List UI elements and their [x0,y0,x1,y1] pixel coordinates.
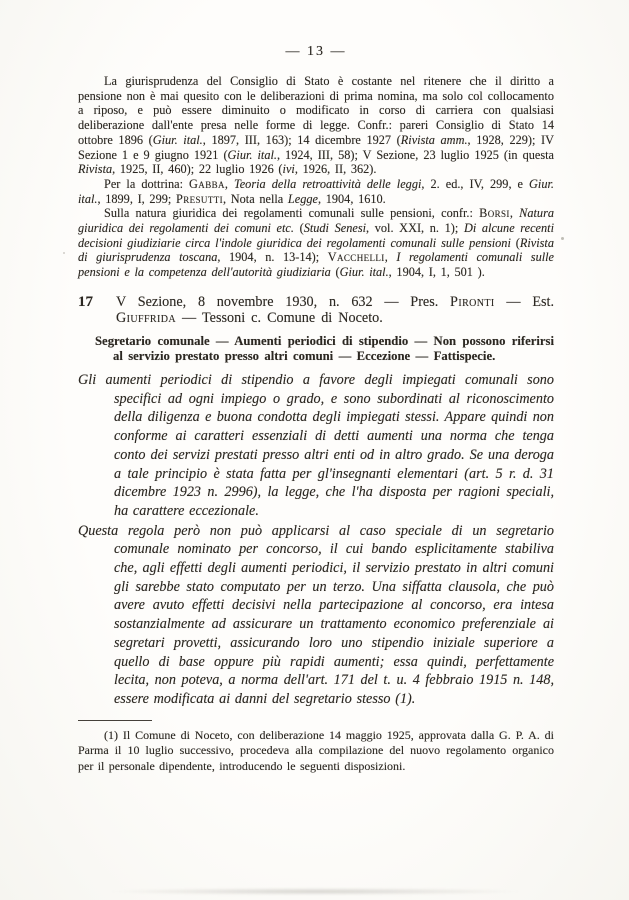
scanned-book-page: — 13 — La giurisprudenza del Consiglio d… [0,0,629,900]
jurisprudence-note: La giurisprudenza del Consiglio di Stato… [78,74,554,280]
decision-body-paragraph: Questa regola però non può applicarsi al… [78,522,554,709]
scan-speck [561,237,564,240]
note-paragraph: La giurisprudenza del Consiglio di Stato… [78,74,554,177]
decision-heading-text: V Sezione, 8 novembre 1930, n. 632 — Pre… [116,294,554,327]
page-content: — 13 — La giurisprudenza del Consiglio d… [78,44,554,774]
scan-speck [63,252,65,254]
decision-body-paragraph: Gli aumenti periodici di stipendio a fav… [78,371,554,521]
decision-body: Gli aumenti periodici di stipendio a fav… [78,371,554,709]
note-paragraph: Per la dottrina: Gabba, Teoria della ret… [78,177,554,206]
footnote: (1) Il Comune di Noceto, con deliberazio… [78,728,554,774]
footnote-rule [78,720,152,721]
page-number: — 13 — [78,44,554,60]
note-paragraph: Sulla natura giuridica dei regolamenti c… [78,206,554,280]
decision-number: 17 [78,294,93,311]
decision-headnote: Segretario comunale — Aumenti periodici … [113,334,554,365]
decision-heading: 17 V Sezione, 8 novembre 1930, n. 632 — … [78,294,554,327]
scan-edge-smudge [110,888,520,895]
